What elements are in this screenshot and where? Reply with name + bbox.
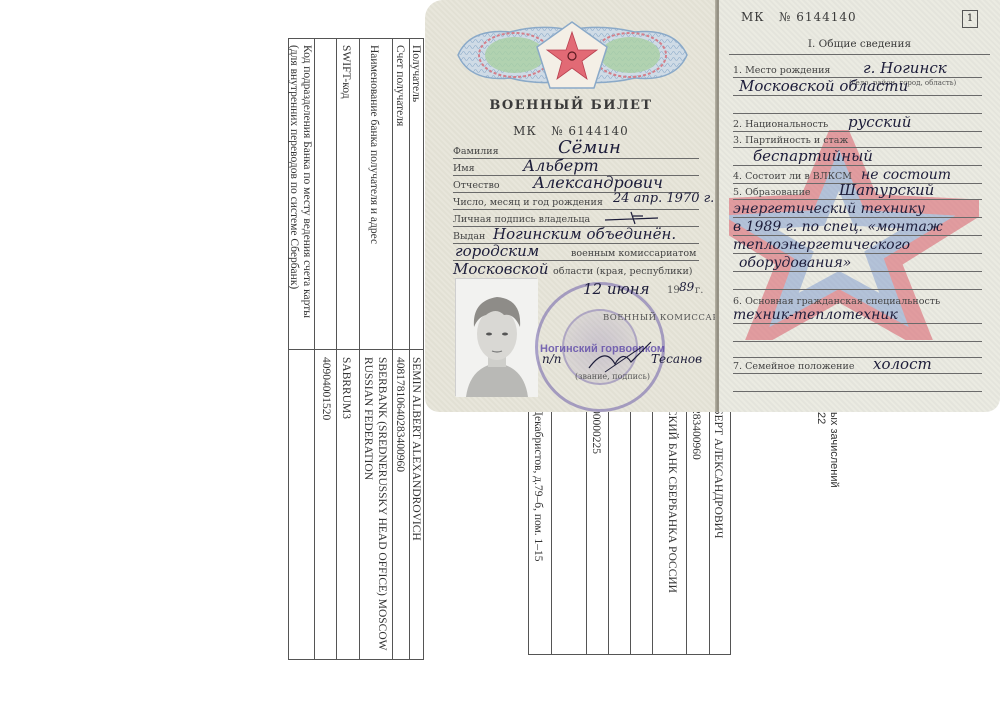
field-value-date-of-birth: 24 апр. 1970 г. (613, 191, 714, 206)
field-label: 2. Национальность (733, 119, 828, 130)
page-serial: МК № 6144140 (741, 10, 857, 24)
item-specialty-line2: техник-теплотехник (733, 306, 982, 324)
field-date-of-birth: Число, месяц и год рождения 24 апр. 1970… (453, 192, 699, 210)
table-divider (652, 406, 653, 654)
military-id-booklet: ВОЕННЫЙ БИЛЕТ МК № 6144140 Фамилия Сёмин… (425, 0, 1000, 412)
item-marital-status: 7. Семейное положение холост (733, 356, 982, 374)
table-divider (709, 406, 710, 654)
item-party-membership-line2: беспартийный (733, 148, 982, 166)
field-value-education-cont: энергетический технику (733, 201, 925, 217)
field-label: Число, месяц и год рождения (453, 197, 603, 208)
form-value-name: БЕРТ АЛЕКСАНДРОВИЧ (711, 408, 724, 538)
item-party-membership: 3. Партийность и стаж (733, 130, 982, 148)
bank-label-branch-code: Код подразделения Банка по месту ведения… (300, 45, 313, 318)
side-text-fragment: ых зачислений (828, 412, 840, 488)
form-value-account: 283400960 (689, 408, 702, 460)
table-divider (608, 406, 609, 654)
bank-details-table: Получатель Счет получателя Наименование … (288, 38, 424, 660)
form-value-address: Декабристов, д.79–б, пом. 1–15 (531, 408, 544, 562)
field-label: 3. Партийность и стаж (733, 135, 848, 146)
bank-value-branch-code: 40904001520 (319, 357, 332, 420)
item-education-line4: теплоэнергетического (733, 236, 982, 254)
series: МК (741, 10, 765, 24)
bank-label-recipient: Получатель (409, 45, 422, 102)
field-label: Имя (453, 163, 475, 174)
signature-prefix: п/п (542, 352, 562, 366)
bank-value-recipient: SEMIN ALBERT ALEXANDROVICH (409, 357, 422, 541)
field-value-surname: Сёмин (558, 137, 621, 158)
item-marital-status-line2 (733, 374, 982, 392)
item-place-of-birth-line2: Московской области (733, 78, 982, 96)
field-label: Выдан (453, 231, 485, 242)
document-title: ВОЕННЫЙ БИЛЕТ (425, 98, 717, 113)
form-fragment-table: БЕРТ АЛЕКСАНДРОВИЧ 283400960 СКИЙ БАНК С… (528, 405, 731, 655)
field-label: 1. Место рождения (733, 65, 830, 76)
field-value-place-of-birth-region: Московской области (739, 77, 908, 95)
field-value-issued-by: Ногинским объединён. (493, 225, 676, 243)
field-value-education: Шатурский (839, 181, 934, 199)
number-sign: № (779, 10, 791, 24)
table-divider (686, 406, 687, 654)
field-label: 4. Состоит ли в ВЛКСМ (733, 171, 852, 182)
field-value-party-membership: беспартийный (753, 147, 873, 165)
field-label: Отчество (453, 180, 500, 191)
field-label: 5. Образование (733, 187, 811, 198)
signature-name: Тесанов (651, 352, 702, 366)
item-education-line3: в 1989 г. по спец. «монтаж (733, 218, 982, 236)
side-text-number: 22 (815, 412, 827, 424)
item-place-of-birth-line3 (733, 96, 982, 114)
bank-value-swift: SABRRUM3 (339, 357, 352, 419)
form-value-code: 00000225 (589, 408, 602, 454)
table-divider (630, 406, 631, 654)
series: МК (513, 124, 537, 138)
field-value-education-cont: теплоэнергетического (733, 237, 910, 253)
portrait-icon (456, 279, 538, 397)
document-number: 6144140 (796, 10, 856, 24)
form-value-bank: СКИЙ БАНК СБЕРБАНКА РОССИИ (665, 408, 678, 593)
field-value-issuer-city: городским (455, 242, 539, 260)
issue-year-g: г. (695, 285, 703, 296)
section-title: I. Общие сведения (729, 38, 990, 55)
field-value-marital-status: холост (873, 355, 932, 373)
table-divider (551, 406, 552, 654)
issue-date-value: 12 июня (583, 280, 650, 298)
page-number: 1 (962, 10, 978, 28)
commissar-label: Военный комиссар (603, 313, 717, 323)
field-issued-by-line3: Московской области (края, республики) (453, 260, 699, 278)
field-value-specialty: техник-теплотехник (733, 307, 898, 323)
table-divider (289, 349, 423, 350)
issue-date: 12 июня 19 89 г. (575, 280, 705, 298)
field-value-issuer-region: Московской (453, 260, 549, 278)
bank-label-swift: SWIFT-код (339, 45, 352, 99)
field-value-education-cont: оборудования» (739, 255, 851, 271)
field-value-place-of-birth: г. Ногинск (863, 59, 947, 77)
field-value-education-cont: в 1989 г. по спец. «монтаж (733, 219, 943, 235)
document-number: 6144140 (568, 124, 628, 138)
bank-value-bank-name-line2: RUSSIAN FEDERATION (361, 357, 374, 480)
field-value-patronymic: Александрович (533, 173, 663, 192)
issue-year-prefix: 19 (667, 285, 680, 296)
item-education-line5: оборудования» (733, 254, 982, 272)
item-education-line6 (733, 272, 982, 290)
field-value-nationality: русский (848, 113, 911, 131)
table-divider (586, 406, 587, 654)
commissar-signature-icon (585, 340, 655, 376)
item-place-of-birth: 1. Место рождения г. Ногинск (733, 60, 982, 78)
owner-photo (455, 278, 537, 396)
bank-value-bank-name: SBERBANK (SREDNERUSSKY HEAD OFFICE) MOSC… (375, 357, 388, 651)
item-education: 5. Образование Шатурский (733, 182, 982, 200)
issue-year-suffix: 89 (679, 280, 694, 294)
bank-label-bank-name: Наименование банка получателя и адрес (367, 45, 380, 244)
document-serial: МК № 6144140 (425, 124, 717, 138)
field-label: 7. Семейное положение (733, 361, 854, 372)
field-label: военным комиссариатом (571, 248, 696, 259)
bank-value-account: 40817810640283400960 (393, 357, 406, 472)
military-id-cover-page: ВОЕННЫЙ БИЛЕТ МК № 6144140 Фамилия Сёмин… (425, 0, 717, 412)
soviet-star-emblem-icon (450, 20, 695, 90)
field-issued-by-line2: городским военным комиссариатом (453, 243, 699, 261)
bank-label-account: Счет получателя (393, 45, 406, 126)
field-label: Личная подпись владельца (453, 214, 590, 225)
signature-mark-icon (603, 210, 663, 226)
field-label: Фамилия (453, 146, 499, 157)
bank-label-branch-code-line2: (для внутренних переводов по системе Сбе… (287, 45, 300, 289)
field-label: области (края, республики) (553, 266, 693, 277)
signature-caption: (звание, подпись) (575, 372, 650, 381)
military-id-general-info-page: МК № 6144140 1 I. Общие сведения 1. Мест… (719, 0, 1000, 412)
item-education-line2: энергетический технику (733, 200, 982, 218)
number-sign: № (551, 124, 563, 138)
